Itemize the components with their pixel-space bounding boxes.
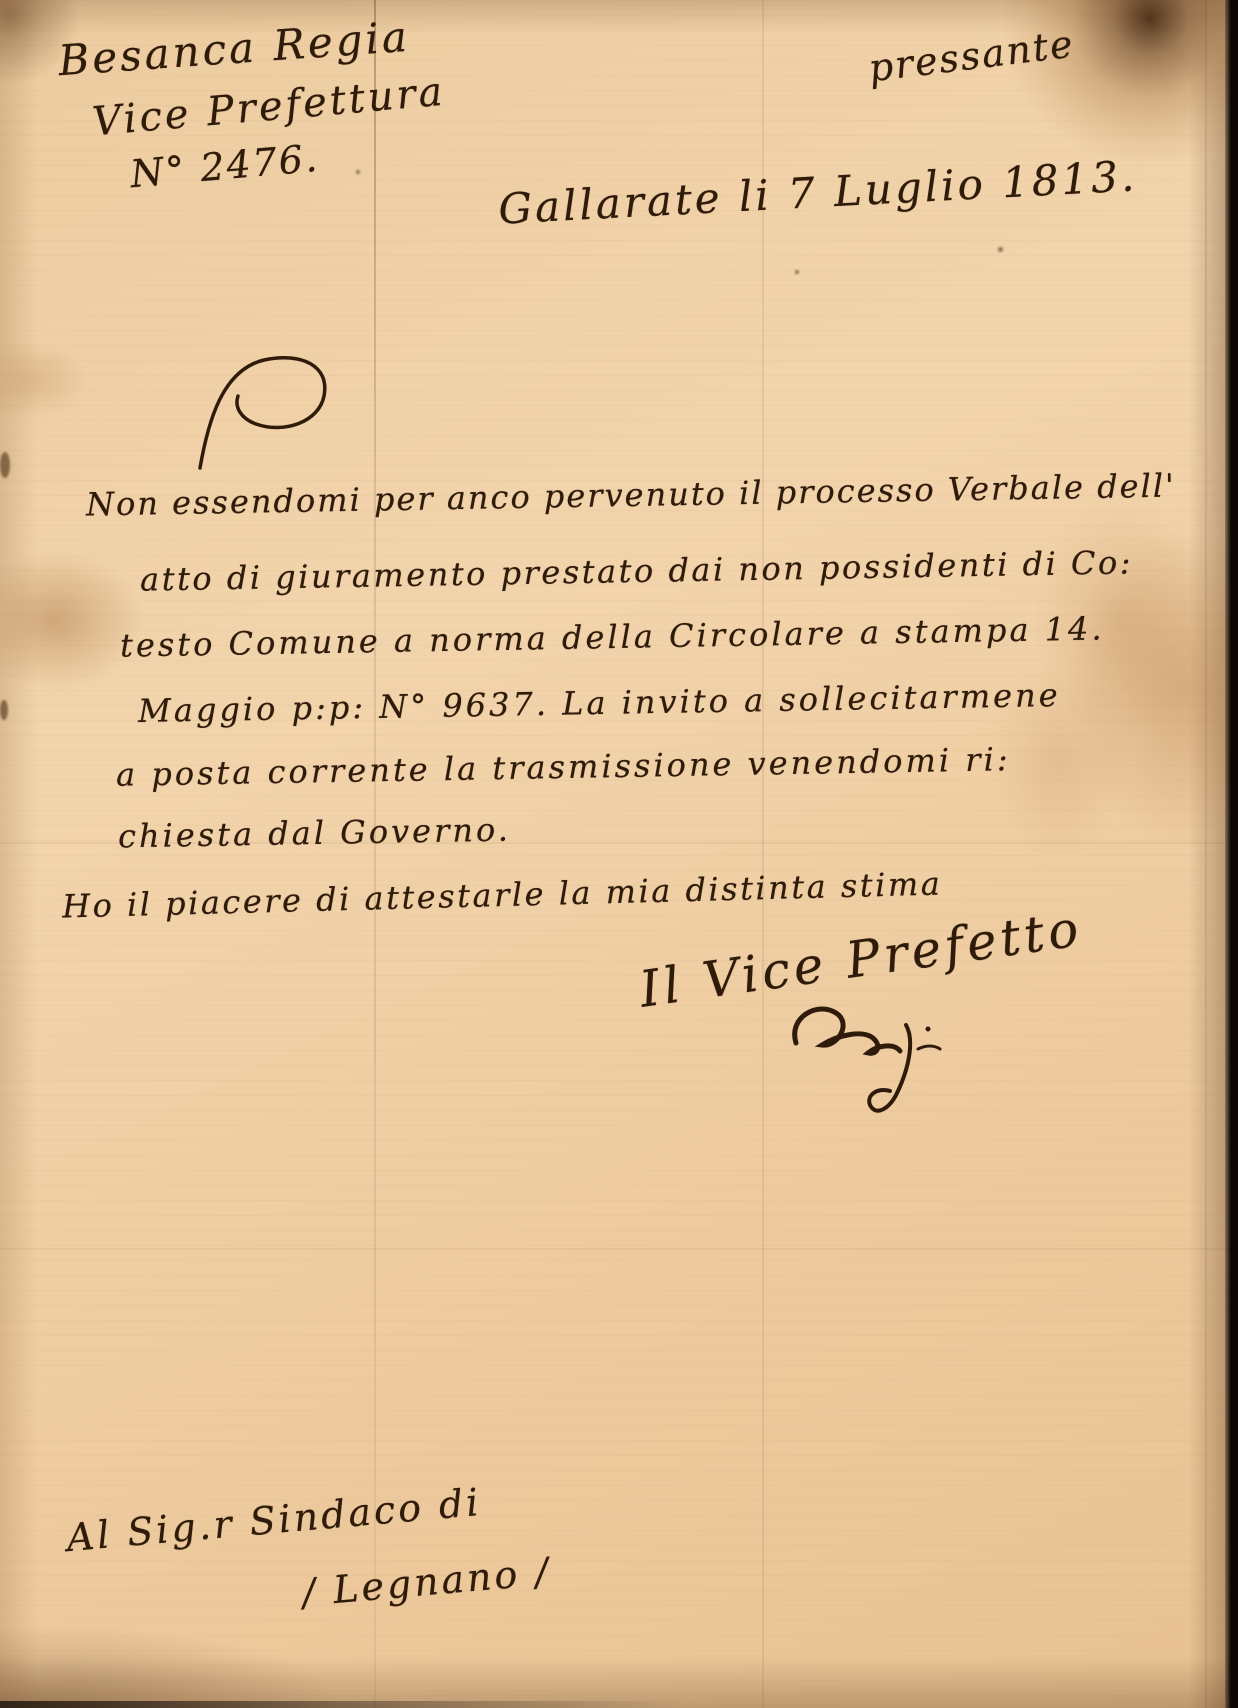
ink-smudge [0, 452, 10, 478]
dateline: Gallarate li 7 Luglio 1813. [497, 151, 1138, 233]
paper-fold-line [762, 0, 764, 1708]
initial-flourish-icon [172, 352, 347, 472]
closing-line: Ho il piacere di attestarle la mia disti… [62, 864, 943, 925]
letter-page: Besanca Regia Vice Prefettura N° 2476. p… [0, 0, 1238, 1708]
body-line: chiesta dal Governo. [118, 811, 511, 856]
urgency-annotation: pressante [866, 22, 1077, 91]
letterhead-office-line2: Vice Prefettura [91, 69, 447, 146]
letterhead-office-line1: Besanca Regia [57, 12, 412, 85]
recipient-line1: Al Sig.r Sindaco di [65, 1480, 483, 1560]
ink-dot [795, 270, 799, 274]
paper-crease [0, 1248, 1238, 1250]
paper-fold-line [374, 0, 376, 1708]
paper-fold-line [1205, 0, 1207, 1708]
recipient-line2: / Legnano / [301, 1549, 553, 1615]
body-line: Maggio p:p: N° 9637. La invito a solleci… [138, 676, 1061, 730]
ink-smudge [0, 700, 8, 720]
scan-edge-right [1225, 0, 1238, 1708]
ink-dot [356, 170, 360, 174]
body-line: Non essendomi per anco pervenuto il proc… [86, 466, 1176, 523]
scan-edge-bottom [0, 1701, 681, 1708]
signature-paraph-icon [778, 995, 968, 1125]
body-line: atto di giuramento prestato dai non poss… [140, 543, 1134, 598]
body-line: testo Comune a norma della Circolare a s… [120, 609, 1105, 664]
ink-dot [998, 247, 1003, 252]
body-line: a posta corrente la trasmissione venendo… [116, 740, 1011, 794]
registration-number: N° 2476. [128, 136, 320, 196]
